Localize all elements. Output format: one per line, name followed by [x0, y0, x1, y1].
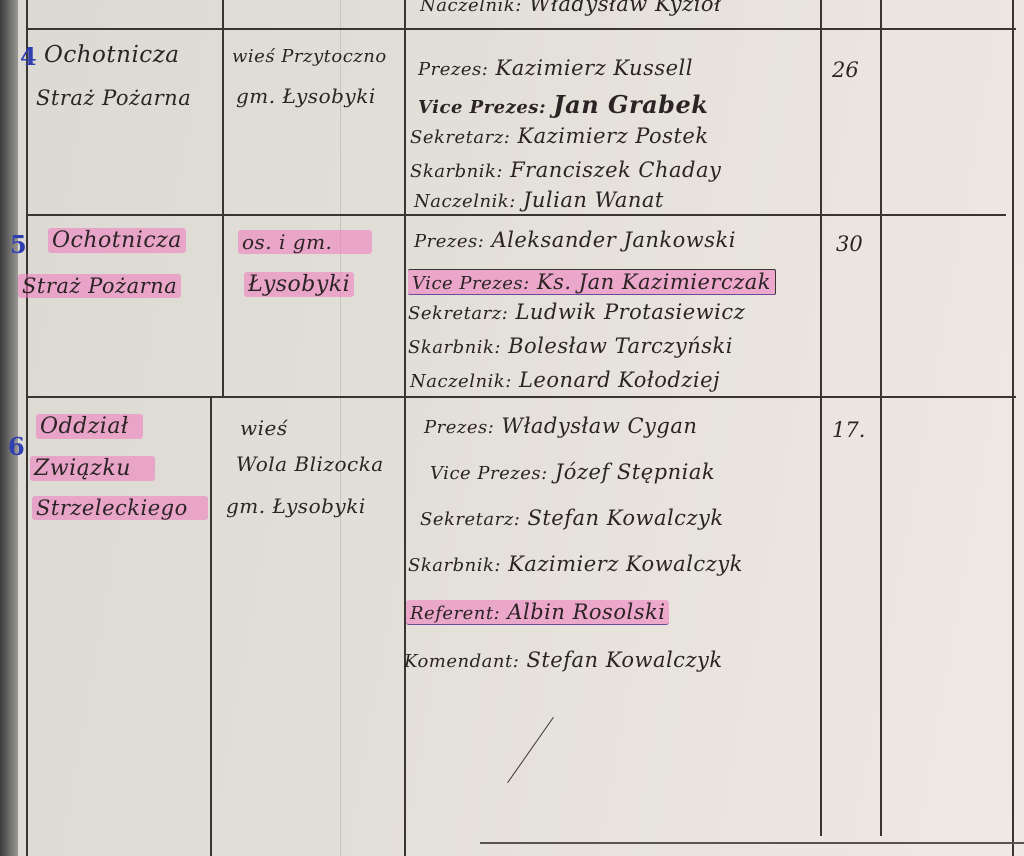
page-binding-edge	[0, 0, 18, 856]
officer-line: Skarbnik: Franciszek Chaday	[410, 158, 721, 182]
officer-line: Prezes: Władysław Cygan	[424, 414, 697, 438]
organization-name: Ochotnicza	[48, 228, 186, 253]
location: Łysobyki	[244, 272, 354, 297]
entry-number: 4	[20, 42, 37, 71]
bottom-edge	[480, 842, 1024, 844]
row-line	[26, 396, 1016, 398]
location: os. i gm.	[238, 230, 372, 254]
row-line	[26, 214, 1006, 216]
organization-name: Związku	[30, 456, 155, 481]
location: Wola Blizocka	[236, 452, 384, 476]
officer-line: Naczelnik: Julian Wanat	[414, 188, 664, 212]
officer-line: Prezes: Kazimierz Kussell	[418, 56, 693, 80]
column-line	[210, 396, 212, 856]
officer-line: Vice Prezes: Jan Grabek	[418, 90, 708, 119]
organization-name: Ochotnicza	[44, 42, 180, 68]
pen-stroke-mark	[507, 717, 554, 783]
column-line	[26, 0, 28, 856]
officer-line: Vice Prezes: Józef Stępniak	[430, 460, 715, 484]
officer-line: Skarbnik: Kazimierz Kowalczyk	[408, 552, 743, 576]
member-count: 30	[836, 232, 863, 256]
officer-line: Sekretarz: Ludwik Protasiewicz	[408, 300, 745, 324]
officer-line: Sekretarz: Kazimierz Postek	[410, 124, 709, 148]
column-line	[404, 0, 406, 856]
officer-line: Komendant: Stefan Kowalczyk	[404, 648, 723, 672]
entry-number: 5	[10, 230, 27, 259]
location: wieś Przytoczno	[232, 46, 387, 67]
column-line	[880, 0, 882, 836]
member-count: 26	[832, 58, 859, 82]
officer-line: Naczelnik: Leonard Kołodziej	[410, 368, 720, 392]
column-line	[1012, 0, 1014, 856]
column-line	[820, 0, 822, 836]
column-line	[222, 0, 224, 396]
entry-number: 6	[8, 432, 25, 461]
officer-line: Skarbnik: Bolesław Tarczyński	[408, 334, 733, 358]
officer-line: Prezes: Aleksander Jankowski	[414, 228, 736, 252]
location: wieś	[240, 416, 288, 440]
organization-name: Straż Pożarna	[18, 274, 181, 298]
row-line	[26, 28, 1016, 30]
member-count: 17.	[832, 418, 865, 442]
organization-name: Oddział	[36, 414, 143, 439]
organization-name: Straż Pożarna	[36, 86, 191, 110]
carryover-line: Naczelnik: Władysław Kyziół	[420, 0, 721, 16]
location: gm. Łysobyki	[236, 84, 376, 108]
officer-line: Vice Prezes: Ks. Jan Kazimierczak	[408, 270, 776, 294]
location: gm. Łysobyki	[226, 494, 366, 518]
officer-line: Referent: Albin Rosolski	[406, 600, 669, 624]
faint-column-line	[340, 0, 341, 856]
organization-name: Strzeleckiego	[32, 496, 208, 520]
officer-line: Sekretarz: Stefan Kowalczyk	[420, 506, 724, 530]
